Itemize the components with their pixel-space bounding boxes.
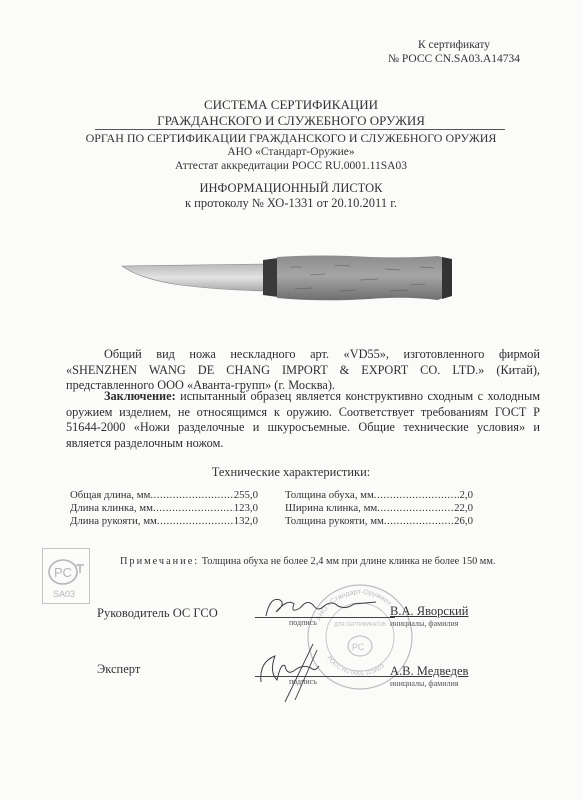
- spec-row: Ширина клинка, мм22,0: [285, 502, 473, 515]
- head-signature-line: [255, 617, 395, 618]
- note-text: Толщина обуха не более 2,4 мм при длине …: [202, 556, 496, 567]
- org-name: ОРГАН ПО СЕРТИФИКАЦИИ ГРАЖДАНСКОГО И СЛУ…: [0, 131, 582, 145]
- certificate-ref-line1: К сертификату: [374, 38, 534, 52]
- expert-name: А.В. Медведев: [390, 664, 468, 679]
- spec-value: 22,0: [454, 502, 473, 515]
- stamp-inner-text: ДЛЯ СЕРТИФИКАТОВ: [334, 622, 386, 628]
- spec-value: 132,0: [234, 515, 258, 528]
- spec-value: 255,0: [234, 489, 258, 502]
- head-name: В.А. Яворский: [390, 604, 468, 619]
- specs-right-column: Толщина обуха, мм2,0 Ширина клинка, мм22…: [285, 489, 473, 528]
- conclusion-label: Заключение:: [104, 389, 176, 403]
- head-signature-caption: подпись: [289, 618, 317, 627]
- expert-signature-icon: [255, 642, 355, 704]
- head-name-caption: инициалы, фамилия: [390, 619, 458, 628]
- certificate-reference: К сертификату № РОСС CN.SA03.A14734: [374, 38, 534, 66]
- knife-photo-icon: [120, 245, 466, 313]
- system-title-line1: СИСТЕМА СЕРТИФИКАЦИИ: [0, 97, 582, 113]
- certification-body: ОРГАН ПО СЕРТИФИКАЦИИ ГРАЖДАНСКОГО И СЛУ…: [0, 131, 582, 173]
- spec-label: Общая длина, мм: [70, 489, 150, 502]
- sheet-heading: ИНФОРМАЦИОННЫЙ ЛИСТОК к протоколу № ХО-1…: [0, 181, 582, 211]
- spec-row: Толщина рукояти, мм26,0: [285, 515, 473, 528]
- conclusion: Заключение: испытанный образец является …: [66, 389, 540, 451]
- general-description: Общий вид ножа нескладного арт. «VD55», …: [66, 347, 540, 394]
- spec-label: Ширина клинка, мм: [285, 502, 377, 515]
- spec-label: Длина клинка, мм: [70, 502, 153, 515]
- spec-label: Длина рукояти, мм: [70, 515, 157, 528]
- spec-value: 2,0: [460, 489, 474, 502]
- org-short-name: АНО «Стандарт-Оружие»: [0, 145, 582, 159]
- note: Примечание: Толщина обуха не более 2,4 м…: [120, 556, 495, 567]
- svg-text:РС: РС: [54, 565, 72, 580]
- system-title-line2: ГРАЖДАНСКОГО И СЛУЖЕБНОГО ОРУЖИЯ: [0, 113, 582, 129]
- spec-row: Общая длина, мм255,0: [70, 489, 258, 502]
- logo-code: SA03: [53, 589, 75, 599]
- protocol-reference: к протоколу № ХО-1331 от 20.10.2011 г.: [0, 196, 582, 211]
- accreditation: Аттестат аккредитации РОСС RU.0001.11SA0…: [0, 159, 582, 173]
- specs-left-column: Общая длина, мм255,0 Длина клинка, мм123…: [70, 489, 258, 528]
- spec-value: 26,0: [454, 515, 473, 528]
- spec-label: Толщина обуха, мм: [285, 489, 374, 502]
- system-title: СИСТЕМА СЕРТИФИКАЦИИ ГРАЖДАНСКОГО И СЛУЖ…: [0, 97, 582, 129]
- spec-value: 123,0: [234, 502, 258, 515]
- general-description-rest: «SHENZHEN WANG DE CHANG IMPORT & EXPORT …: [66, 363, 540, 393]
- sheet-title: ИНФОРМАЦИОННЫЙ ЛИСТОК: [0, 181, 582, 196]
- spec-row: Толщина обуха, мм2,0: [285, 489, 473, 502]
- expert-signature-caption: подпись: [289, 677, 317, 686]
- expert-name-caption: инициалы, фамилия: [390, 679, 458, 688]
- general-description-line1: Общий вид ножа нескладного арт. «VD55», …: [66, 347, 540, 363]
- spec-row: Длина рукояти, мм132,0: [70, 515, 258, 528]
- spec-label: Толщина рукояти, мм: [285, 515, 384, 528]
- expert-role: Эксперт: [97, 662, 140, 677]
- gost-certification-logo: РС SA03: [42, 548, 90, 604]
- head-role: Руководитель ОС ГСО: [97, 606, 218, 621]
- pc-mark-icon: РС SA03: [43, 549, 89, 603]
- note-label: Примечание:: [120, 556, 199, 567]
- specs-title: Технические характеристики:: [0, 465, 582, 480]
- header-divider: [95, 129, 505, 130]
- spec-row: Длина клинка, мм123,0: [70, 502, 258, 515]
- expert-signature-line: [255, 676, 395, 677]
- certificate-number: № РОСС CN.SA03.A14734: [374, 52, 534, 66]
